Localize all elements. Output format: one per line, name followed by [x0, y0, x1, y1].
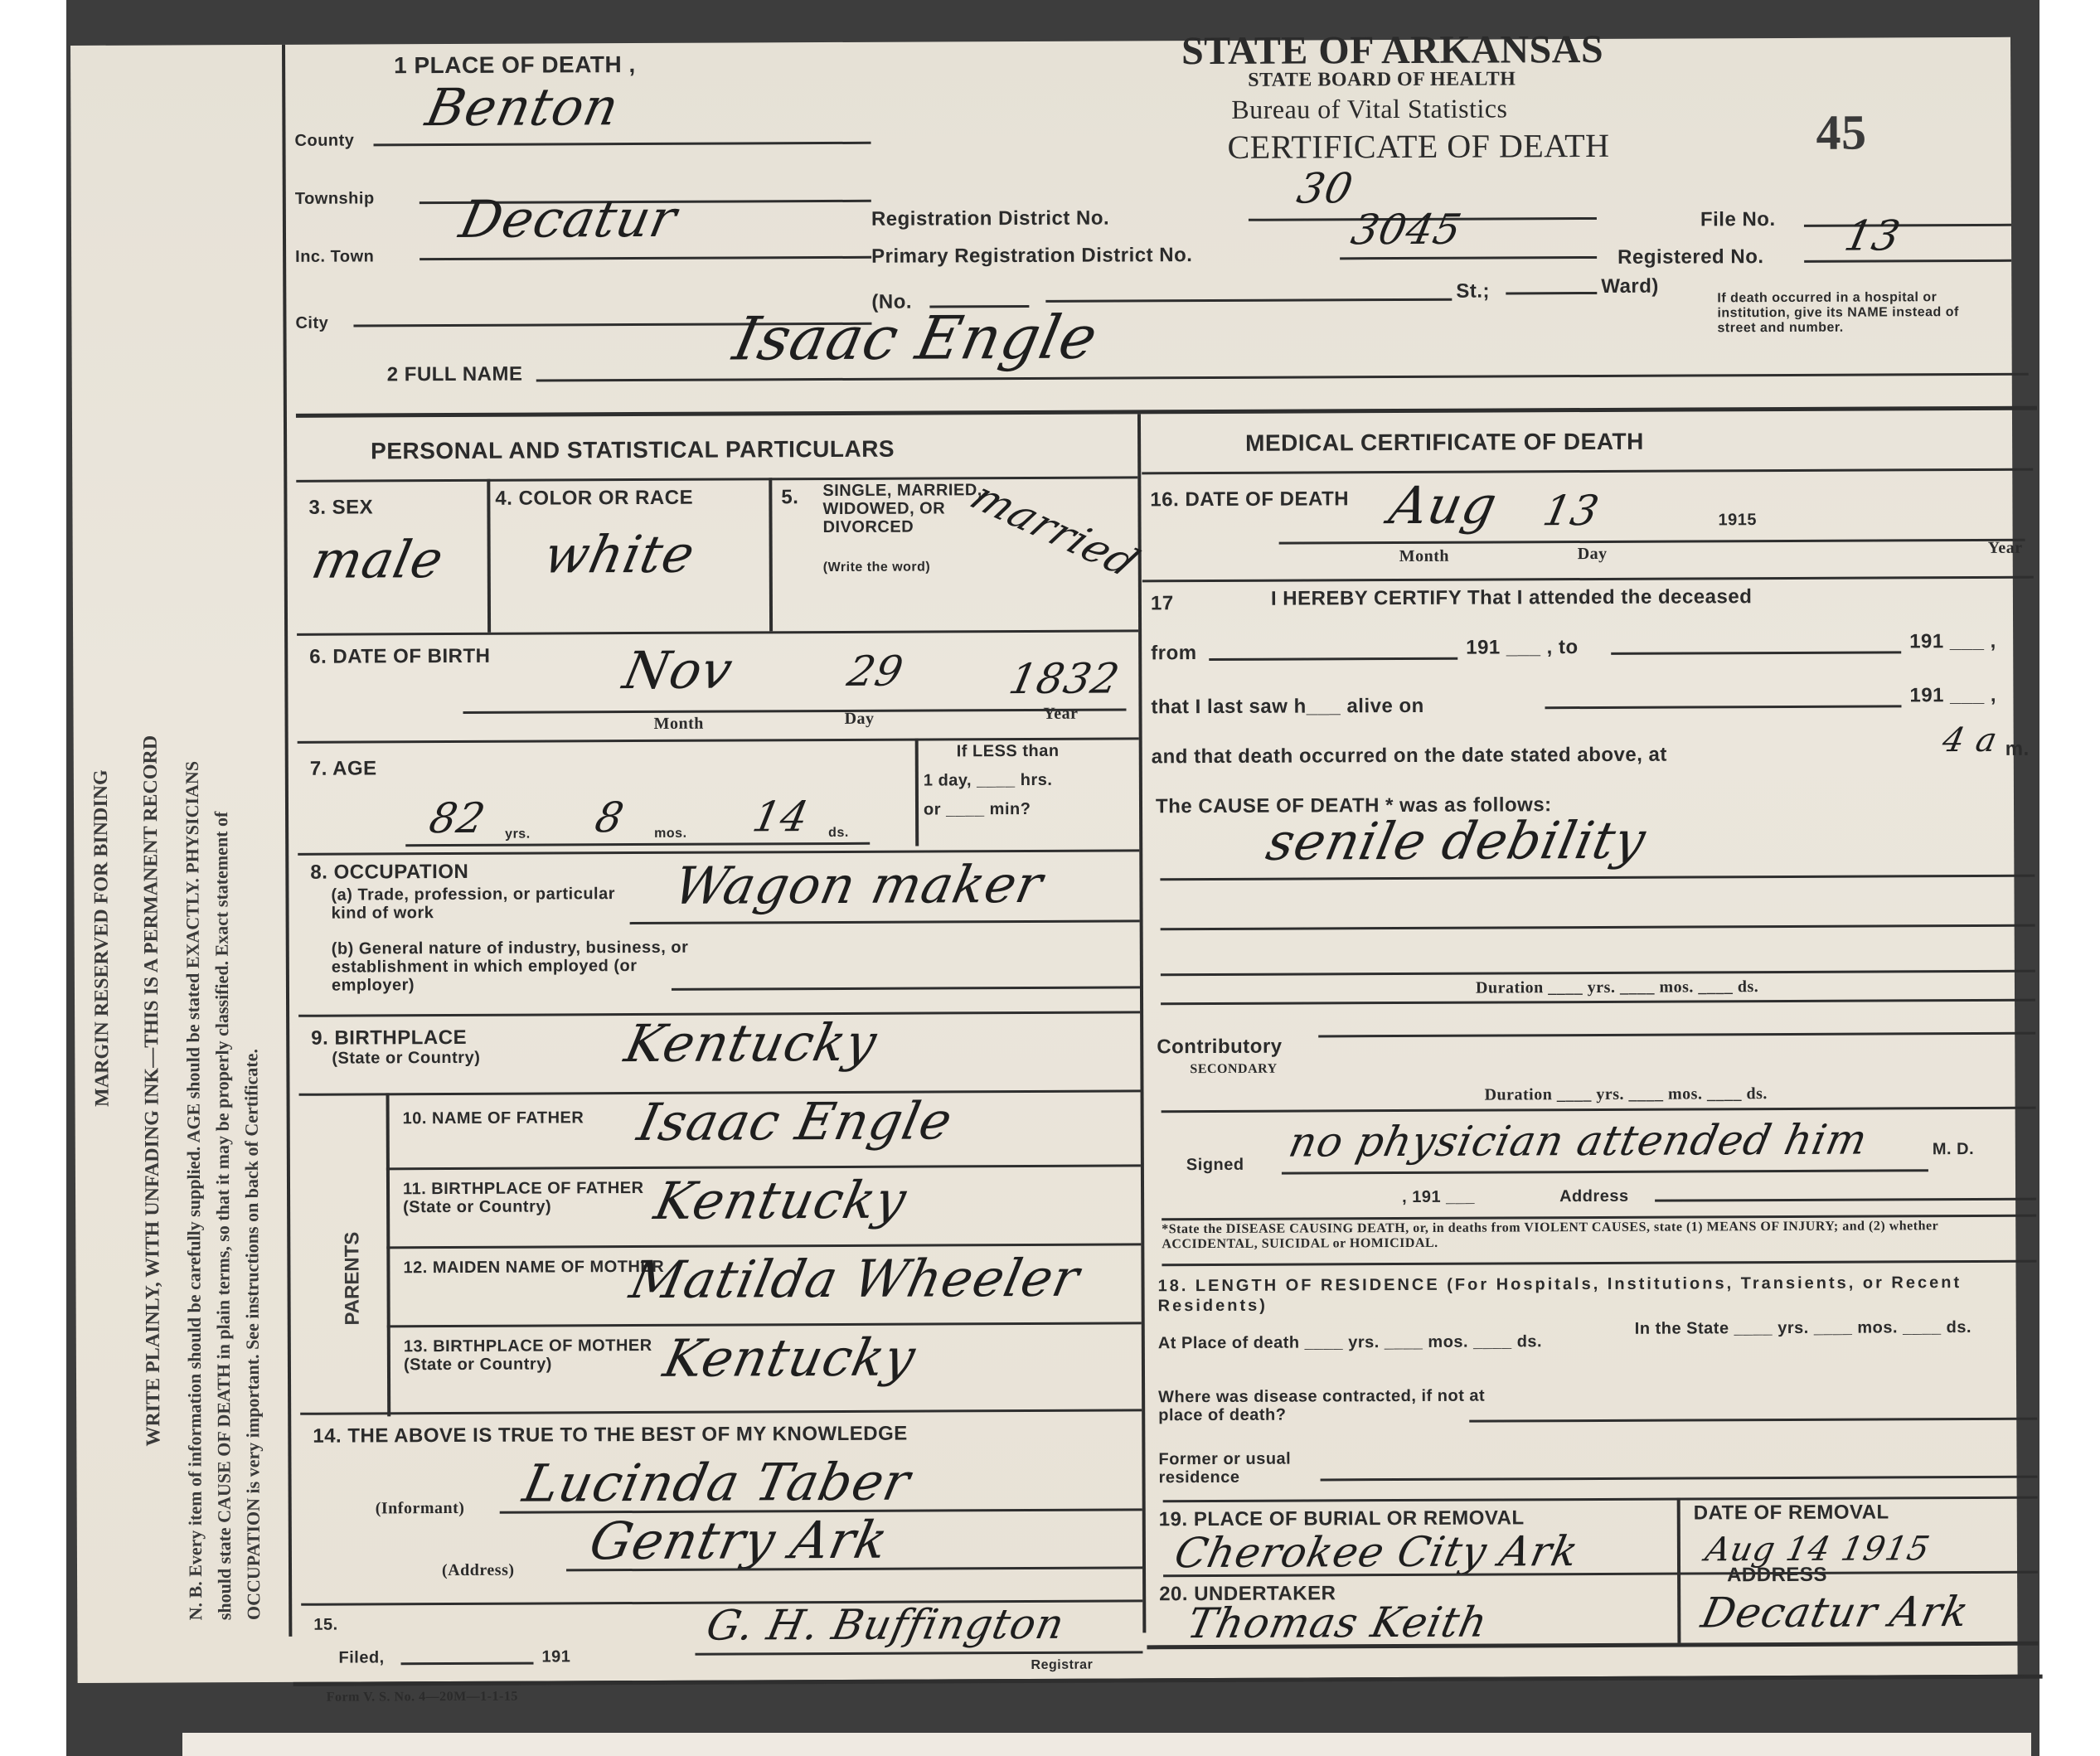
ward-label: Ward) [1601, 275, 1659, 298]
medical-heading: MEDICAL CERTIFICATE OF DEATH [1245, 429, 1644, 457]
primary-district-label: Primary Registration District No. [871, 244, 1192, 269]
md-label: M. D. [1933, 1140, 1974, 1159]
registrar-label: Registrar [1031, 1658, 1093, 1673]
certify-statement: I HEREBY CERTIFY That I attended the dec… [1271, 585, 1753, 611]
father-birthplace-label: 11. BIRTHPLACE OF FATHER (State or Count… [403, 1179, 652, 1216]
occupation-a-label: (a) Trade, profession, or particular kin… [331, 885, 629, 923]
dob-year-caption: Year [1043, 705, 1078, 724]
father-name-value: Isaac Engle [633, 1090, 958, 1152]
write-plainly-note: WRITE PLAINLY, WITH UNFADING INK—THIS IS… [140, 735, 166, 1447]
mother-birthplace-label: 13. BIRTHPLACE OF MOTHER (State or Count… [404, 1336, 652, 1374]
dob-year: 1832 [1005, 654, 1123, 703]
sex-label: 3. SEX [308, 496, 373, 519]
instruction-note-3: OCCUPATION is very important. See instru… [240, 1049, 264, 1620]
to-label: 191 ___ , to [1466, 636, 1579, 660]
occupation-b-label: (b) General nature of industry, business… [332, 939, 713, 995]
undertaker-address-value: Decatur Ark [1697, 1588, 1973, 1637]
less-than-hours: 1 day, ____ hrs. [924, 771, 1053, 791]
form-number: Form V. S. No. 4—20M—1-1-15 [327, 1690, 518, 1705]
registration-district-label: Registration District No. [871, 207, 1109, 231]
filed-year-prefix: 191 [541, 1647, 570, 1666]
signed-label: Signed [1186, 1156, 1244, 1175]
less-than-minutes: or ____ min? [924, 800, 1031, 820]
informant-value: Lucinda Taber [518, 1452, 916, 1514]
dob-month: Nov [618, 639, 739, 701]
file-no-label: File No. [1700, 208, 1776, 231]
registered-no-value: 13 [1841, 211, 1905, 260]
filed-number: 15. [313, 1616, 337, 1635]
state-title: STATE OF ARKANSAS [1181, 27, 1603, 74]
certify-number: 17 [1151, 592, 1174, 615]
sex-value: male [307, 529, 449, 590]
informant-address-label: (Address) [442, 1561, 515, 1580]
age-label: 7. AGE [310, 757, 377, 780]
occupation-value: Wagon maker [669, 854, 1049, 916]
town-label: Inc. Town [295, 247, 374, 266]
last-saw-label: that I last saw h___ alive on [1151, 695, 1423, 719]
cause-value: senile debility [1262, 810, 1651, 872]
place-of-death-label: 1 PLACE OF DEATH , [394, 51, 636, 79]
marital-hint: (Write the word) [823, 560, 931, 575]
to-year-suffix: 191 ___ , [1909, 630, 1996, 653]
city-label: City [295, 314, 328, 333]
registered-no-label: Registered No. [1617, 245, 1763, 269]
dob-day: 29 [843, 648, 908, 696]
age-days: 14 [749, 793, 813, 841]
stamp-number: 45 [1816, 104, 1866, 162]
signed-address-label: Address [1559, 1187, 1629, 1206]
instruction-note-2: should state CAUSE OF DEATH in plain ter… [211, 812, 235, 1621]
at-place-label: At Place of death ____ yrs. ____ mos. __… [1158, 1332, 1556, 1352]
from-label: from [1151, 642, 1196, 665]
informant-label: (Informant) [376, 1499, 465, 1518]
dod-year: 1915 [1718, 511, 1757, 530]
occupation-label: 8. OCCUPATION [310, 861, 468, 885]
in-state-label: In the State ____ yrs. ____ mos. ____ ds… [1635, 1318, 2033, 1338]
dod-month: Aug [1385, 474, 1503, 536]
registration-district-value: 30 [1293, 164, 1358, 212]
mother-birthplace-value: Kentucky [658, 1327, 921, 1389]
last-saw-year-suffix: 191 ___ , [1909, 684, 1996, 707]
mother-name-label: 12. MAIDEN NAME OF MOTHER [403, 1258, 668, 1277]
board-title: STATE BOARD OF HEALTH [1248, 68, 1516, 91]
birthplace-value: Kentucky [620, 1012, 883, 1074]
age-years-caption: yrs. [505, 827, 531, 842]
marital-value: married [961, 473, 1148, 585]
mother-name-value: Matilda Wheeler [625, 1248, 1085, 1310]
contributory-label: Contributory [1157, 1036, 1282, 1060]
birthplace-hint: (State or Country) [332, 1049, 480, 1069]
town-value: Decatur [454, 188, 682, 250]
signed-value: no physician attended him [1285, 1116, 1872, 1167]
former-residence-label: Former or usual residence [1158, 1449, 1324, 1487]
burial-place-value: Cherokee City Ark [1171, 1527, 1583, 1577]
secondary-label: SECONDARY [1190, 1062, 1277, 1077]
age-years: 82 [425, 794, 490, 842]
street-label: St.; [1456, 280, 1490, 303]
dod-day: 13 [1539, 487, 1603, 535]
full-name-value: Isaac Engle [728, 303, 1104, 374]
dob-month-caption: Month [654, 715, 704, 734]
filed-label: Filed, [338, 1648, 384, 1667]
dob-day-caption: Day [845, 710, 875, 729]
occurred-time: 4 a [1939, 721, 2001, 759]
less-than-label: If LESS than [957, 742, 1060, 762]
binding-margin-note: MARGIN RESERVED FOR BINDING [90, 769, 114, 1107]
occurred-suffix: m. [2005, 738, 2030, 761]
dod-month-caption: Month [1399, 547, 1449, 566]
certificate-title: CERTIFICATE OF DEATH [1227, 126, 1609, 167]
bureau-title: Bureau of Vital Statistics [1231, 93, 1507, 124]
race-label: 4. COLOR OR RACE [495, 487, 693, 511]
age-months-caption: mos. [654, 827, 686, 842]
dod-year-caption: Year [1988, 539, 2023, 558]
father-birthplace-value: Kentucky [649, 1170, 912, 1231]
birthplace-label: 9. BIRTHPLACE [311, 1026, 467, 1050]
where-contracted-label: Where was disease contracted, if not at … [1158, 1387, 1490, 1425]
lower-page-edge [182, 1733, 2031, 1756]
township-label: Township [295, 189, 375, 208]
certificate-paper: MARGIN RESERVED FOR BINDING WRITE PLAINL… [70, 37, 2018, 1683]
duration-primary: Duration ____ yrs. ____ mos. ____ ds. [1476, 977, 1758, 997]
age-days-caption: ds. [828, 826, 849, 841]
father-name-label: 10. NAME OF FATHER [403, 1108, 618, 1128]
personal-heading: PERSONAL AND STATISTICAL PARTICULARS [371, 436, 895, 465]
county-label: County [294, 132, 354, 151]
undertaker-value: Thomas Keith [1183, 1598, 1491, 1648]
age-months: 8 [591, 793, 628, 842]
dob-label: 6. DATE OF BIRTH [309, 645, 490, 669]
signed-date-label: , 191 ___ [1402, 1188, 1475, 1207]
footnote: *State the DISEASE CAUSING DEATH, or, in… [1162, 1219, 2032, 1253]
full-name-label: 2 FULL NAME [387, 363, 523, 387]
informant-statement: 14. THE ABOVE IS TRUE TO THE BEST OF MY … [313, 1423, 908, 1448]
registrar-signature: G. H. Buffington [702, 1600, 1069, 1650]
dod-day-caption: Day [1578, 545, 1608, 564]
race-value: white [539, 524, 701, 585]
occurred-label: and that death occurred on the date stat… [1152, 744, 1667, 769]
instruction-note-1: N. B. Every item of information should b… [182, 761, 207, 1621]
parents-label: PARENTS [341, 1232, 364, 1326]
duration-secondary: Duration ____ yrs. ____ mos. ____ ds. [1484, 1084, 1767, 1104]
margin-divider [282, 45, 292, 1637]
undertaker-address-label: ADDRESS [1727, 1564, 1827, 1588]
residence-label: 18. LENGTH OF RESIDENCE (For Hospitals, … [1157, 1273, 2036, 1317]
marital-number: 5. [781, 486, 798, 509]
dod-label: 16. DATE OF DEATH [1150, 488, 1349, 512]
county-value: Benton [421, 76, 625, 138]
primary-district-value: 3045 [1347, 206, 1466, 255]
hospital-note: If death occurred in a hospital or insti… [1717, 290, 1999, 336]
removal-date-label: DATE OF REMOVAL [1694, 1501, 1889, 1525]
informant-address-value: Gentry Ark [584, 1510, 894, 1572]
column-divider [1137, 414, 1146, 1632]
